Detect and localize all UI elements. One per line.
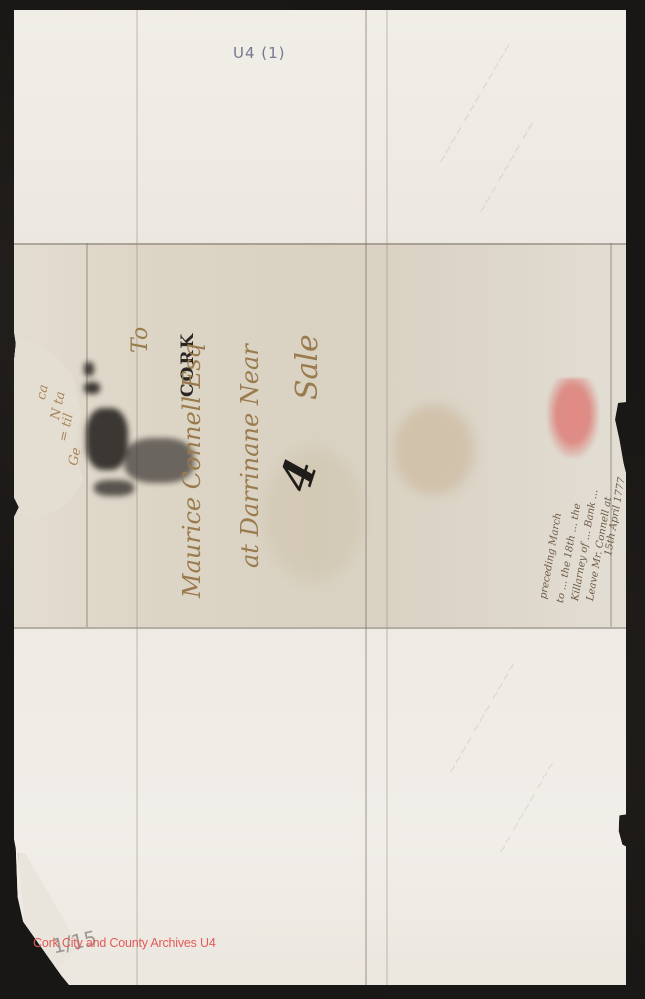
vertical-fold-center [365,10,367,985]
address-location: at Darrinane Near [236,344,264,568]
flap-text-line: ca [34,383,52,401]
ink-dot [84,382,100,394]
archive-watermark: Cork City and County Archives U4 [33,936,216,950]
vertical-fold-left [136,10,138,985]
vertical-fold-inner-right [610,243,612,627]
horizontal-fold-lower [14,627,626,629]
archive-reference: U4 (1) [233,44,286,62]
ink-dot [84,362,94,376]
vertical-fold-right [386,10,388,985]
ink-blot [86,408,128,470]
address-salutation: To [128,327,153,353]
ink-smear [94,480,134,496]
letter-sheet: ca N ta = til Ge ~~~~ ~~~ ~~~~~ ~~~ ~~~~… [14,10,626,985]
horizontal-fold-upper [14,243,626,245]
water-stain [394,405,474,495]
wax-seal-remnant [547,378,599,458]
address-town: Sale [290,334,325,400]
address-addressee: Maurice Connell Esq [178,343,206,598]
